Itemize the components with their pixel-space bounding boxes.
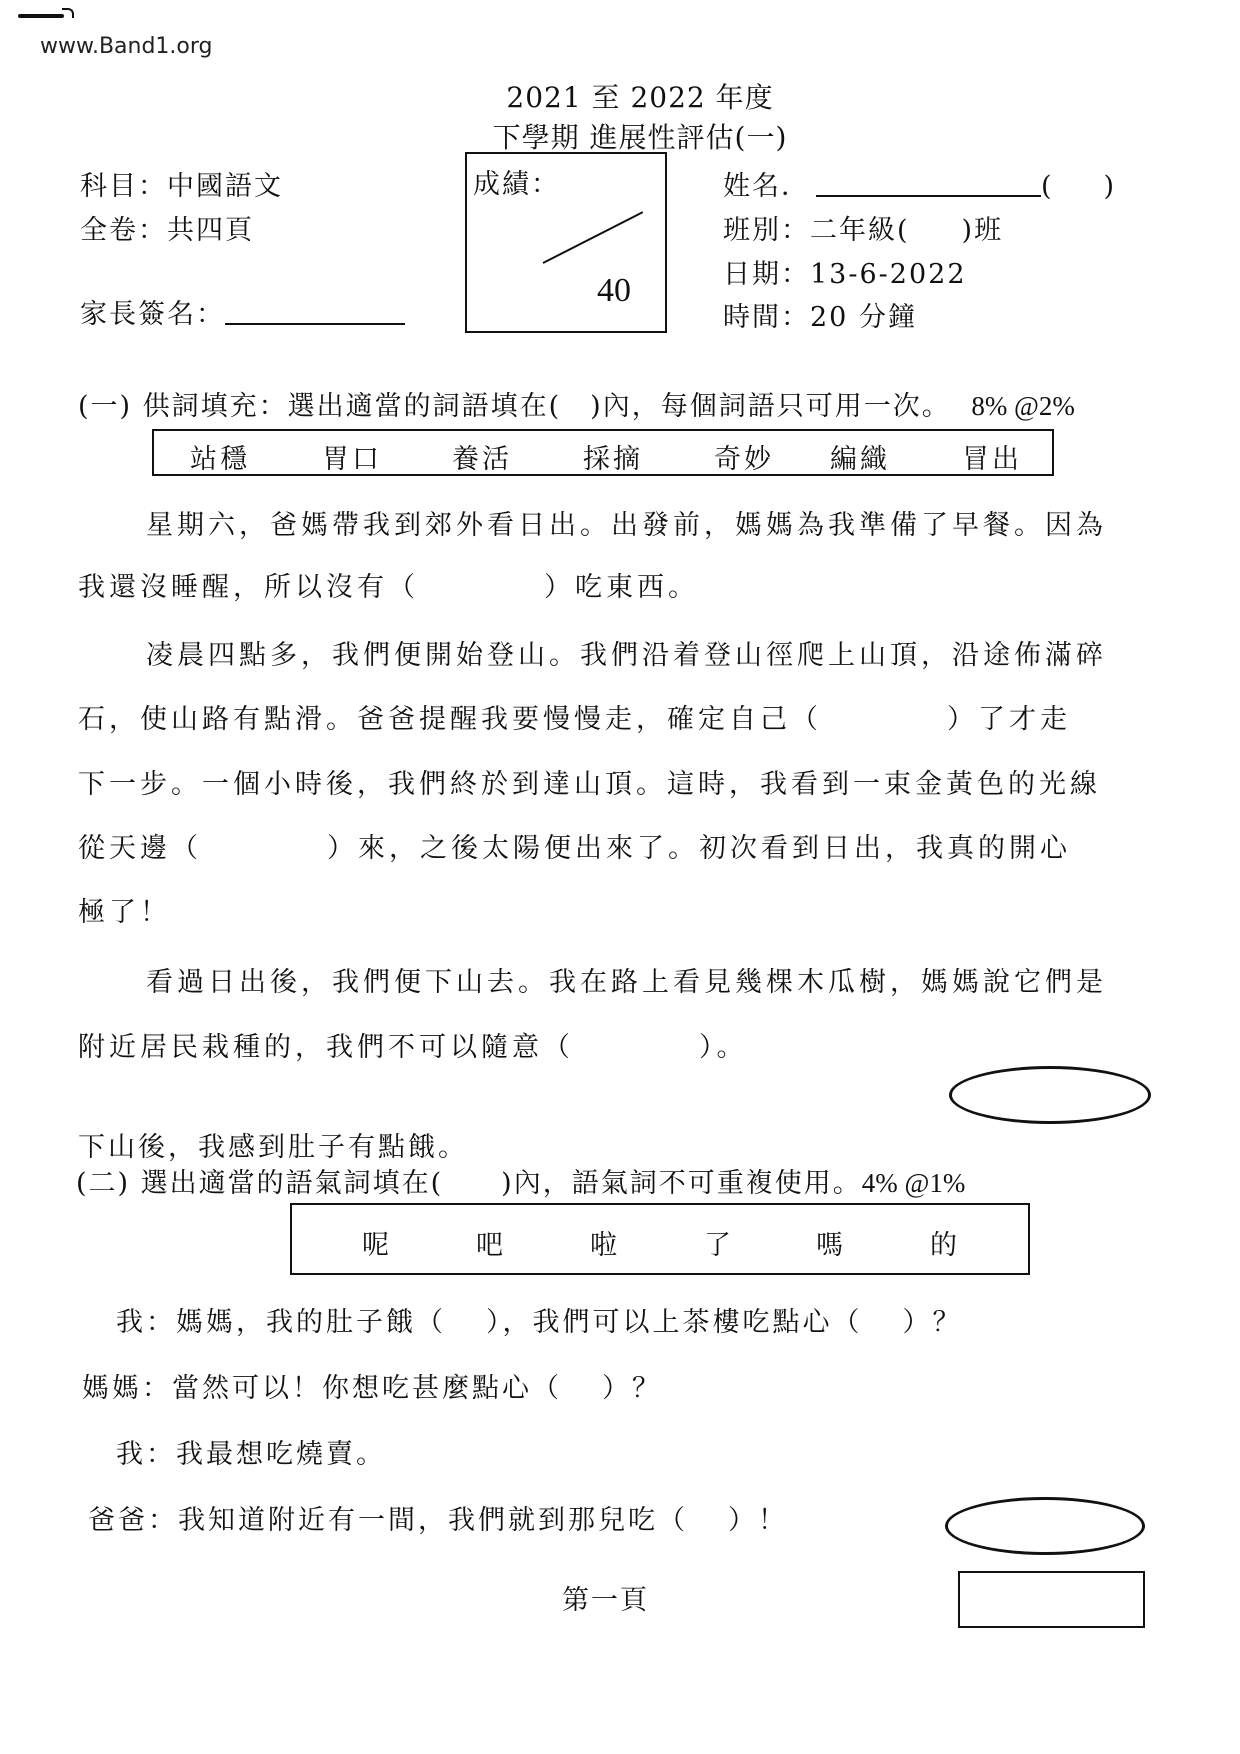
word-bank-item: 採摘 [583, 437, 643, 476]
parent-signature-row: 家長簽名： [80, 292, 405, 331]
word-bank-item: 編織 [830, 437, 890, 476]
word-bank-item: 站穩 [190, 437, 250, 476]
speaker: 我： [116, 1439, 176, 1470]
section2-marks: 4% @1% [862, 1168, 966, 1198]
text: ）。 [699, 1032, 748, 1063]
parent-signature-field[interactable] [225, 323, 405, 325]
word-bank-item: 了 [704, 1223, 731, 1262]
paragraph-1-line-1: 星期六，爸媽帶我到郊外看日出。出發前，媽媽為我準備了早餐。因為 [146, 503, 1107, 542]
text: ）！ [728, 1505, 788, 1536]
text: 石，使山路有點滑。爸爸提醒我要慢慢走，確定自己（ [78, 704, 822, 735]
parent-signature-label: 家長簽名： [80, 299, 225, 330]
section1-heading: (一) 供詞填充：選出適當的詞語填在( )內，每個詞語只可用一次。 8% @2% [78, 384, 1075, 423]
class-number-open: ( [1041, 171, 1054, 202]
section2-score-oval [945, 1497, 1145, 1555]
text: 媽媽，我的肚子餓（ [176, 1307, 446, 1338]
speaker: 我： [116, 1307, 176, 1338]
section1-closing-line: 下山後，我感到肚子有點餓。 [78, 1125, 468, 1164]
class-suffix: )班 [962, 215, 1004, 246]
pen-icon [18, 14, 64, 18]
text: ）吃東西。 [544, 572, 699, 603]
text: ）？ [602, 1373, 662, 1404]
section2-heading: (二) 選出適當的語氣詞填在( )內，語氣詞不可重複使用。4% @1% [76, 1161, 965, 1200]
word-bank-item: 的 [930, 1223, 957, 1262]
exam-year-title: 2021 至 2022 年度 [20, 76, 1240, 116]
paragraph-3-line-1: 看過日出後，我們便下山去。我在路上看見幾棵木瓜樹，媽媽說它們是 [146, 960, 1107, 999]
paragraph-2-line-3: 下一步。一個小時後，我們終於到達山頂。這時，我看到一束金黃色的光線 [78, 762, 1101, 801]
text: 當然可以！你想吃甚麼點心（ [172, 1373, 562, 1404]
speaker: 媽媽： [82, 1373, 172, 1404]
time-label: 時間：20 分鐘 [723, 295, 917, 334]
dialog-line-2: 媽媽：當然可以！你想吃甚麼點心（）？ [82, 1366, 662, 1405]
word-bank-item: 呢 [362, 1223, 389, 1262]
name-field[interactable] [816, 195, 1041, 197]
section1-word-bank: 站穩 胃口 養活 採摘 奇妙 編織 冒出 [152, 429, 1054, 476]
pages-label: 全卷：共四頁 [80, 208, 254, 247]
page-number: 第一頁 [562, 1578, 649, 1617]
score-label: 成績： [473, 162, 560, 201]
score-box: 成績： 40 [465, 152, 667, 333]
class-number-close: ) [1104, 171, 1117, 202]
name-row: 姓名．() [723, 164, 1116, 203]
dialog-line-3: 我：我最想吃燒賣。 [116, 1432, 386, 1471]
word-bank-item: 啦 [590, 1223, 617, 1262]
section1-instructions: (一) 供詞填充：選出適當的詞語填在( )內，每個詞語只可用一次。 [78, 391, 951, 422]
word-bank-item: 養活 [452, 437, 512, 476]
paragraph-2-line-1: 凌晨四點多，我們便開始登山。我們沿着登山徑爬上山頂，沿途佈滿碎 [146, 633, 1107, 672]
word-bank-item: 奇妙 [714, 437, 774, 476]
dialog-line-4: 爸爸：我知道附近有一間，我們就到那兒吃（）！ [88, 1498, 788, 1537]
section1-score-oval [949, 1066, 1151, 1124]
text: 從天邊（ [78, 833, 202, 864]
text: ）？ [903, 1307, 963, 1338]
name-label: 姓名． [723, 171, 810, 202]
class-row: 班別：二年級()班 [723, 208, 1003, 247]
word-bank-item: 冒出 [962, 437, 1022, 476]
subject-label: 科目：中國語文 [80, 164, 283, 203]
text: 我最想吃燒賣。 [176, 1439, 386, 1470]
speaker: 爸爸： [88, 1505, 178, 1536]
watermark: www.Band1.org [40, 34, 213, 59]
score-slash [543, 211, 644, 264]
text: ），我們可以上茶樓吃點心（ [486, 1307, 863, 1338]
exam-term-title: 下學期 進展性評估(一) [20, 116, 1240, 156]
text: 我知道附近有一間，我們就到那兒吃（ [178, 1505, 688, 1536]
paragraph-3-line-2: 附近居民栽種的，我們不可以隨意（）。 [78, 1025, 748, 1064]
section1-marks: 8% @2% [971, 391, 1075, 421]
text: 附近居民栽種的，我們不可以隨意（ [78, 1032, 574, 1063]
paragraph-2-line-2: 石，使山路有點滑。爸爸提醒我要慢慢走，確定自己（）了才走 [78, 697, 1071, 736]
word-bank-item: 嗎 [816, 1223, 843, 1262]
class-label: 班別：二年級( [723, 215, 910, 246]
date-label: 日期：13-6-2022 [723, 252, 967, 291]
page-score-box [958, 1571, 1145, 1628]
text: ）了才走 [947, 704, 1071, 735]
paragraph-2-line-4: 從天邊（）來，之後太陽便出來了。初次看到日出，我真的開心 [78, 826, 1071, 865]
word-bank-item: 胃口 [322, 437, 382, 476]
word-bank-item: 吧 [476, 1223, 503, 1262]
section2-word-bank: 呢 吧 啦 了 嗎 的 [290, 1203, 1030, 1275]
text: ）來，之後太陽便出來了。初次看到日出，我真的開心 [327, 833, 1071, 864]
paragraph-2-line-5: 極了！ [78, 890, 171, 929]
dialog-line-1: 我：媽媽，我的肚子餓（），我們可以上茶樓吃點心（）？ [116, 1300, 963, 1339]
score-total: 40 [597, 272, 631, 310]
text: 我還沒睡醒，所以沒有（ [78, 572, 419, 603]
section2-instructions: (二) 選出適當的語氣詞填在( )內，語氣詞不可重複使用。 [76, 1168, 862, 1199]
paragraph-1-line-2: 我還沒睡醒，所以沒有（）吃東西。 [78, 565, 699, 604]
